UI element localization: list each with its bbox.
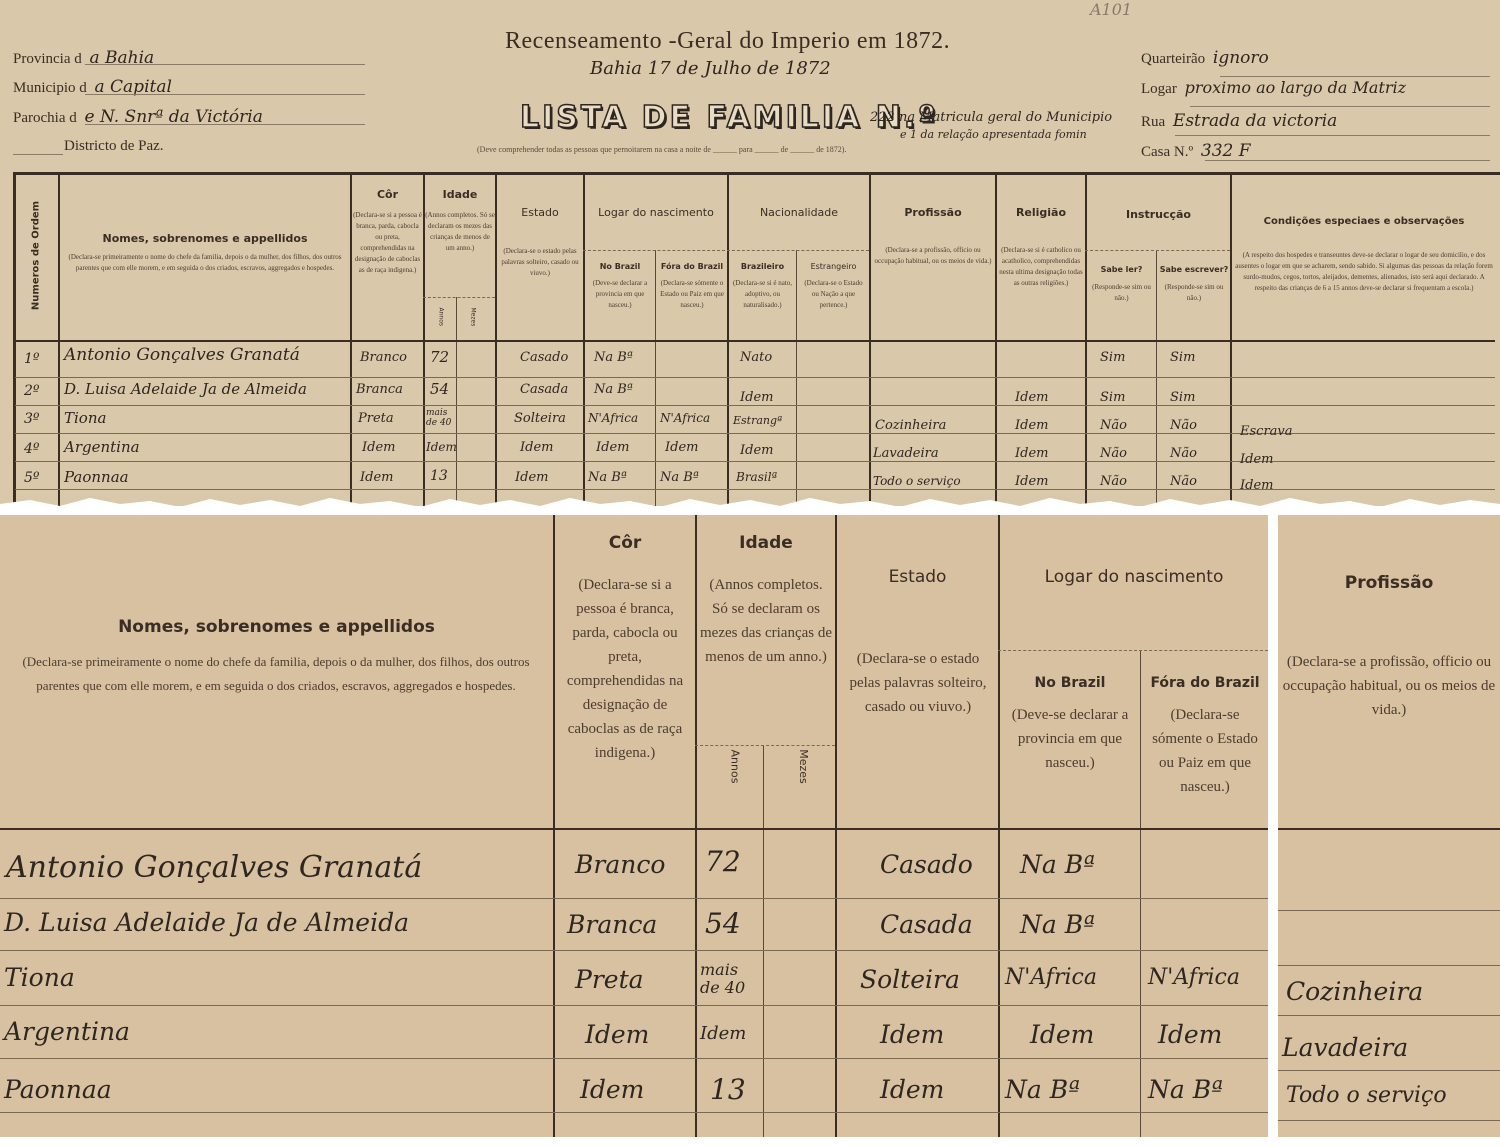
header-estrangeiro: Estrangeiro — [798, 262, 869, 271]
field-value: proximo ao largo da Matriz — [1185, 78, 1407, 97]
header-estrangeiro-note: (Declara-se o Estado ou Nação a que pert… — [800, 278, 867, 311]
header-religiao-note: (Declara-se si é catholico ou acatholico… — [999, 245, 1083, 289]
field-provincia: Provincia d a Bahia — [13, 48, 154, 68]
profession-cell: Lavadeira — [1282, 1033, 1408, 1062]
header-sabe-escrever-note: (Responde-se sim ou não.) — [1160, 282, 1228, 304]
header-mezes: Mezes — [470, 308, 477, 330]
header-cor: Côr — [352, 188, 423, 201]
header-idade: Idade — [425, 188, 495, 201]
header-fora-brazil: Fóra do Brazil — [1142, 675, 1268, 691]
header-idade-note: (Annos completos. Só se declaram os meze… — [425, 210, 495, 254]
instruction-line: (Deve comprehender todas as pessoas que … — [477, 145, 846, 154]
header-profissao: Profissão — [871, 206, 995, 219]
header-annos: Annos — [728, 750, 741, 784]
header-no-brazil-note: (Deve-se declarar a provincia em que nas… — [587, 278, 653, 311]
header-mezes: Mezes — [797, 749, 810, 784]
list-number-line2: e 1 da relação apresentada fomin — [900, 128, 1087, 141]
header-cor-note: (Declara-se si a pessoa é branca, parda,… — [352, 210, 423, 276]
header-nacionalidade: Nacionalidade — [729, 206, 869, 219]
header-annos: Annos — [438, 308, 445, 330]
census-page-overview: A101 Provincia d a Bahia Municipio d a C… — [0, 0, 1500, 506]
header-fora-brazil: Fóra do Brazil — [657, 262, 727, 271]
field-value: 332 F — [1201, 141, 1251, 161]
header-religiao: Religião — [997, 206, 1085, 219]
header-estado-note: (Declara-se o estado pelas palavras solt… — [842, 647, 994, 719]
archive-number: A101 — [1090, 0, 1132, 19]
header-profissao: Profissão — [1278, 573, 1500, 593]
header-instruccao: Instrucção — [1087, 208, 1230, 221]
field-casa: Casa N.º 332 F — [1141, 141, 1251, 161]
header-nomes: Nomes, sobrenomes e appellidos — [0, 617, 553, 637]
header-nomes-note: (Declara-se primeiramente o nome do chef… — [62, 252, 348, 274]
field-logar: Logar proximo ao largo da Matriz — [1141, 78, 1406, 98]
header-profissao-note: (Declara-se a profissão, officio ou occu… — [873, 245, 993, 267]
profession-cell: Cozinheira — [1286, 977, 1423, 1006]
header-brazileiro-note: (Declara-se si é nato, adoptivo, ou natu… — [730, 278, 795, 311]
header-ordem: Numeros de Ordem — [16, 200, 56, 320]
header-condicoes: Condições especiaes e observações — [1232, 216, 1496, 227]
profession-cell: Todo o serviço — [1286, 1083, 1447, 1108]
census-table-zoomed-left: Nomes, sobrenomes e appellidos (Declara-… — [0, 515, 1268, 1137]
list-number: 222 na Matricula geral do Municipio — [870, 110, 1112, 125]
field-value: ignoro — [1213, 48, 1269, 68]
field-value: a Bahia — [90, 48, 155, 68]
field-value: Estrada da victoria — [1173, 111, 1337, 131]
header-nomes-note: (Declara-se primeiramente o nome do chef… — [6, 650, 546, 698]
header-nascimento: Logar do nascimento — [585, 206, 727, 219]
header-idade: Idade — [697, 533, 835, 553]
header-condicoes-note: (A respeito dos hospedes e transeuntes d… — [1234, 250, 1494, 294]
header-no-brazil-note: (Deve-se declarar a provincia em que nas… — [1004, 703, 1136, 775]
header-estado: Estado — [837, 567, 998, 587]
header-nomes: Nomes, sobrenomes e appellidos — [60, 232, 350, 245]
header-estado: Estado — [497, 206, 583, 219]
header-cor: Côr — [555, 533, 695, 553]
header-fora-brazil-note: (Declara-se sómente o Estado ou Paiz em … — [1144, 703, 1266, 799]
header-estado-note: (Declara-se o estado pelas palavras solt… — [499, 246, 581, 279]
header-no-brazil: No Brazil — [585, 262, 655, 271]
document-date: Bahia 17 de Julho de 1872 — [590, 58, 831, 79]
field-districto: Districto de Paz. — [64, 138, 164, 155]
header-fora-brazil-note: (Declara-se sómente o Estado ou Paiz em … — [659, 278, 725, 311]
header-sabe-ler: Sabe ler? — [1087, 265, 1156, 274]
header-brazileiro: Brazileiro — [729, 262, 796, 271]
field-quarteirao: Quarteirão ignoro — [1141, 48, 1269, 68]
header-no-brazil: No Brazil — [1000, 675, 1140, 691]
header-sabe-ler-note: (Responde-se sim ou não.) — [1089, 282, 1154, 304]
field-rua: Rua Estrada da victoria — [1141, 111, 1337, 131]
header-cor-note: (Declara-se si a pessoa é branca, parda,… — [560, 573, 690, 765]
census-table-zoomed-profession: Profissão (Declara-se a profissão, offic… — [1278, 515, 1500, 1137]
header-idade-note: (Annos completos. Só se declaram os meze… — [700, 573, 832, 669]
header-sabe-escrever: Sabe escrever? — [1158, 265, 1230, 274]
header-profissao-note: (Declara-se a profissão, officio ou occu… — [1282, 650, 1496, 722]
document-title: Recenseamento -Geral do Imperio em 1872. — [505, 28, 950, 55]
header-nascimento: Logar do nascimento — [1000, 567, 1268, 587]
